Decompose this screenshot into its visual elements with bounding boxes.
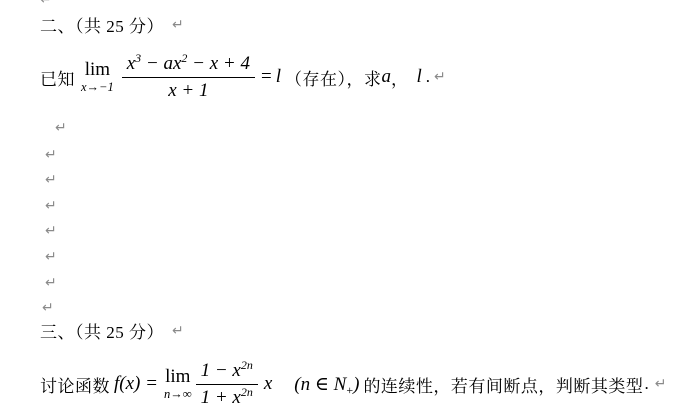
problem2-equation-line: 已知 lim x→−1 x3 − ax2 − x + 4 x + 1 = l （…	[40, 47, 446, 107]
variable-a: a	[381, 66, 391, 88]
fraction-numerator: 1 − x2n	[196, 360, 258, 385]
fraction: 1 − x2n 1 + x2n	[196, 360, 258, 409]
fraction: x3 − ax2 − x + 4 x + 1	[122, 53, 255, 102]
paragraph-mark: ↵	[45, 173, 57, 187]
problem2-middle-text: （存在），求	[285, 65, 382, 90]
paragraph-mark: ↵	[434, 70, 446, 84]
paragraph-mark: ↵	[40, 0, 52, 7]
lim-word: lim	[165, 367, 190, 386]
comma: ，	[391, 65, 409, 90]
variable-x: x	[264, 373, 272, 395]
problem3-intro: 讨论函数	[40, 372, 110, 397]
variable-l: l	[416, 66, 421, 88]
period: .	[426, 67, 430, 87]
paragraph-mark: ↵	[172, 324, 184, 338]
section2-heading: 二、（共 25 分）	[40, 12, 164, 37]
limit-operator: lim n→∞	[164, 367, 192, 401]
fraction-numerator: x3 − ax2 − x + 4	[122, 53, 255, 78]
domain-condition: (n ∈ N+)	[294, 373, 359, 396]
result-variable: l	[276, 66, 281, 88]
limit-operator: lim x→−1	[81, 60, 114, 94]
paragraph-mark: ↵	[55, 121, 67, 135]
section3-heading-line: 三、（共 25 分） ↵	[40, 318, 184, 343]
paragraph-mark: ↵	[45, 199, 57, 213]
lim-word: lim	[85, 60, 110, 79]
section2-heading-line: 二、（共 25 分） ↵	[40, 12, 184, 37]
fraction-denominator: x + 1	[168, 78, 208, 102]
paragraph-mark: ↵	[45, 224, 57, 238]
problem3-equation-line: 讨论函数 f(x) = lim n→∞ 1 − x2n 1 + x2n x (n…	[40, 354, 666, 414]
paragraph-mark: ↵	[42, 301, 54, 315]
fraction-denominator: 1 + x2n	[201, 385, 253, 409]
lim-subscript: n→∞	[164, 388, 192, 401]
function-lhs: f(x) =	[114, 373, 158, 395]
document-page: ↵ 二、（共 25 分） ↵ 已知 lim x→−1 x3 − ax2 − x …	[0, 0, 687, 420]
paragraph-mark: ↵	[45, 276, 57, 290]
problem3-suffix-text: 的连续性，若有间断点，判断其类型	[363, 372, 643, 397]
paragraph-mark: ↵	[45, 250, 57, 264]
equals-sign: =	[261, 66, 272, 88]
period: .	[644, 374, 648, 394]
lim-subscript: x→−1	[81, 81, 114, 94]
paragraph-mark: ↵	[172, 18, 184, 32]
paragraph-mark: ↵	[45, 148, 57, 162]
section3-heading: 三、（共 25 分）	[40, 318, 164, 343]
problem2-intro: 已知	[40, 65, 75, 90]
paragraph-mark: ↵	[655, 377, 667, 391]
